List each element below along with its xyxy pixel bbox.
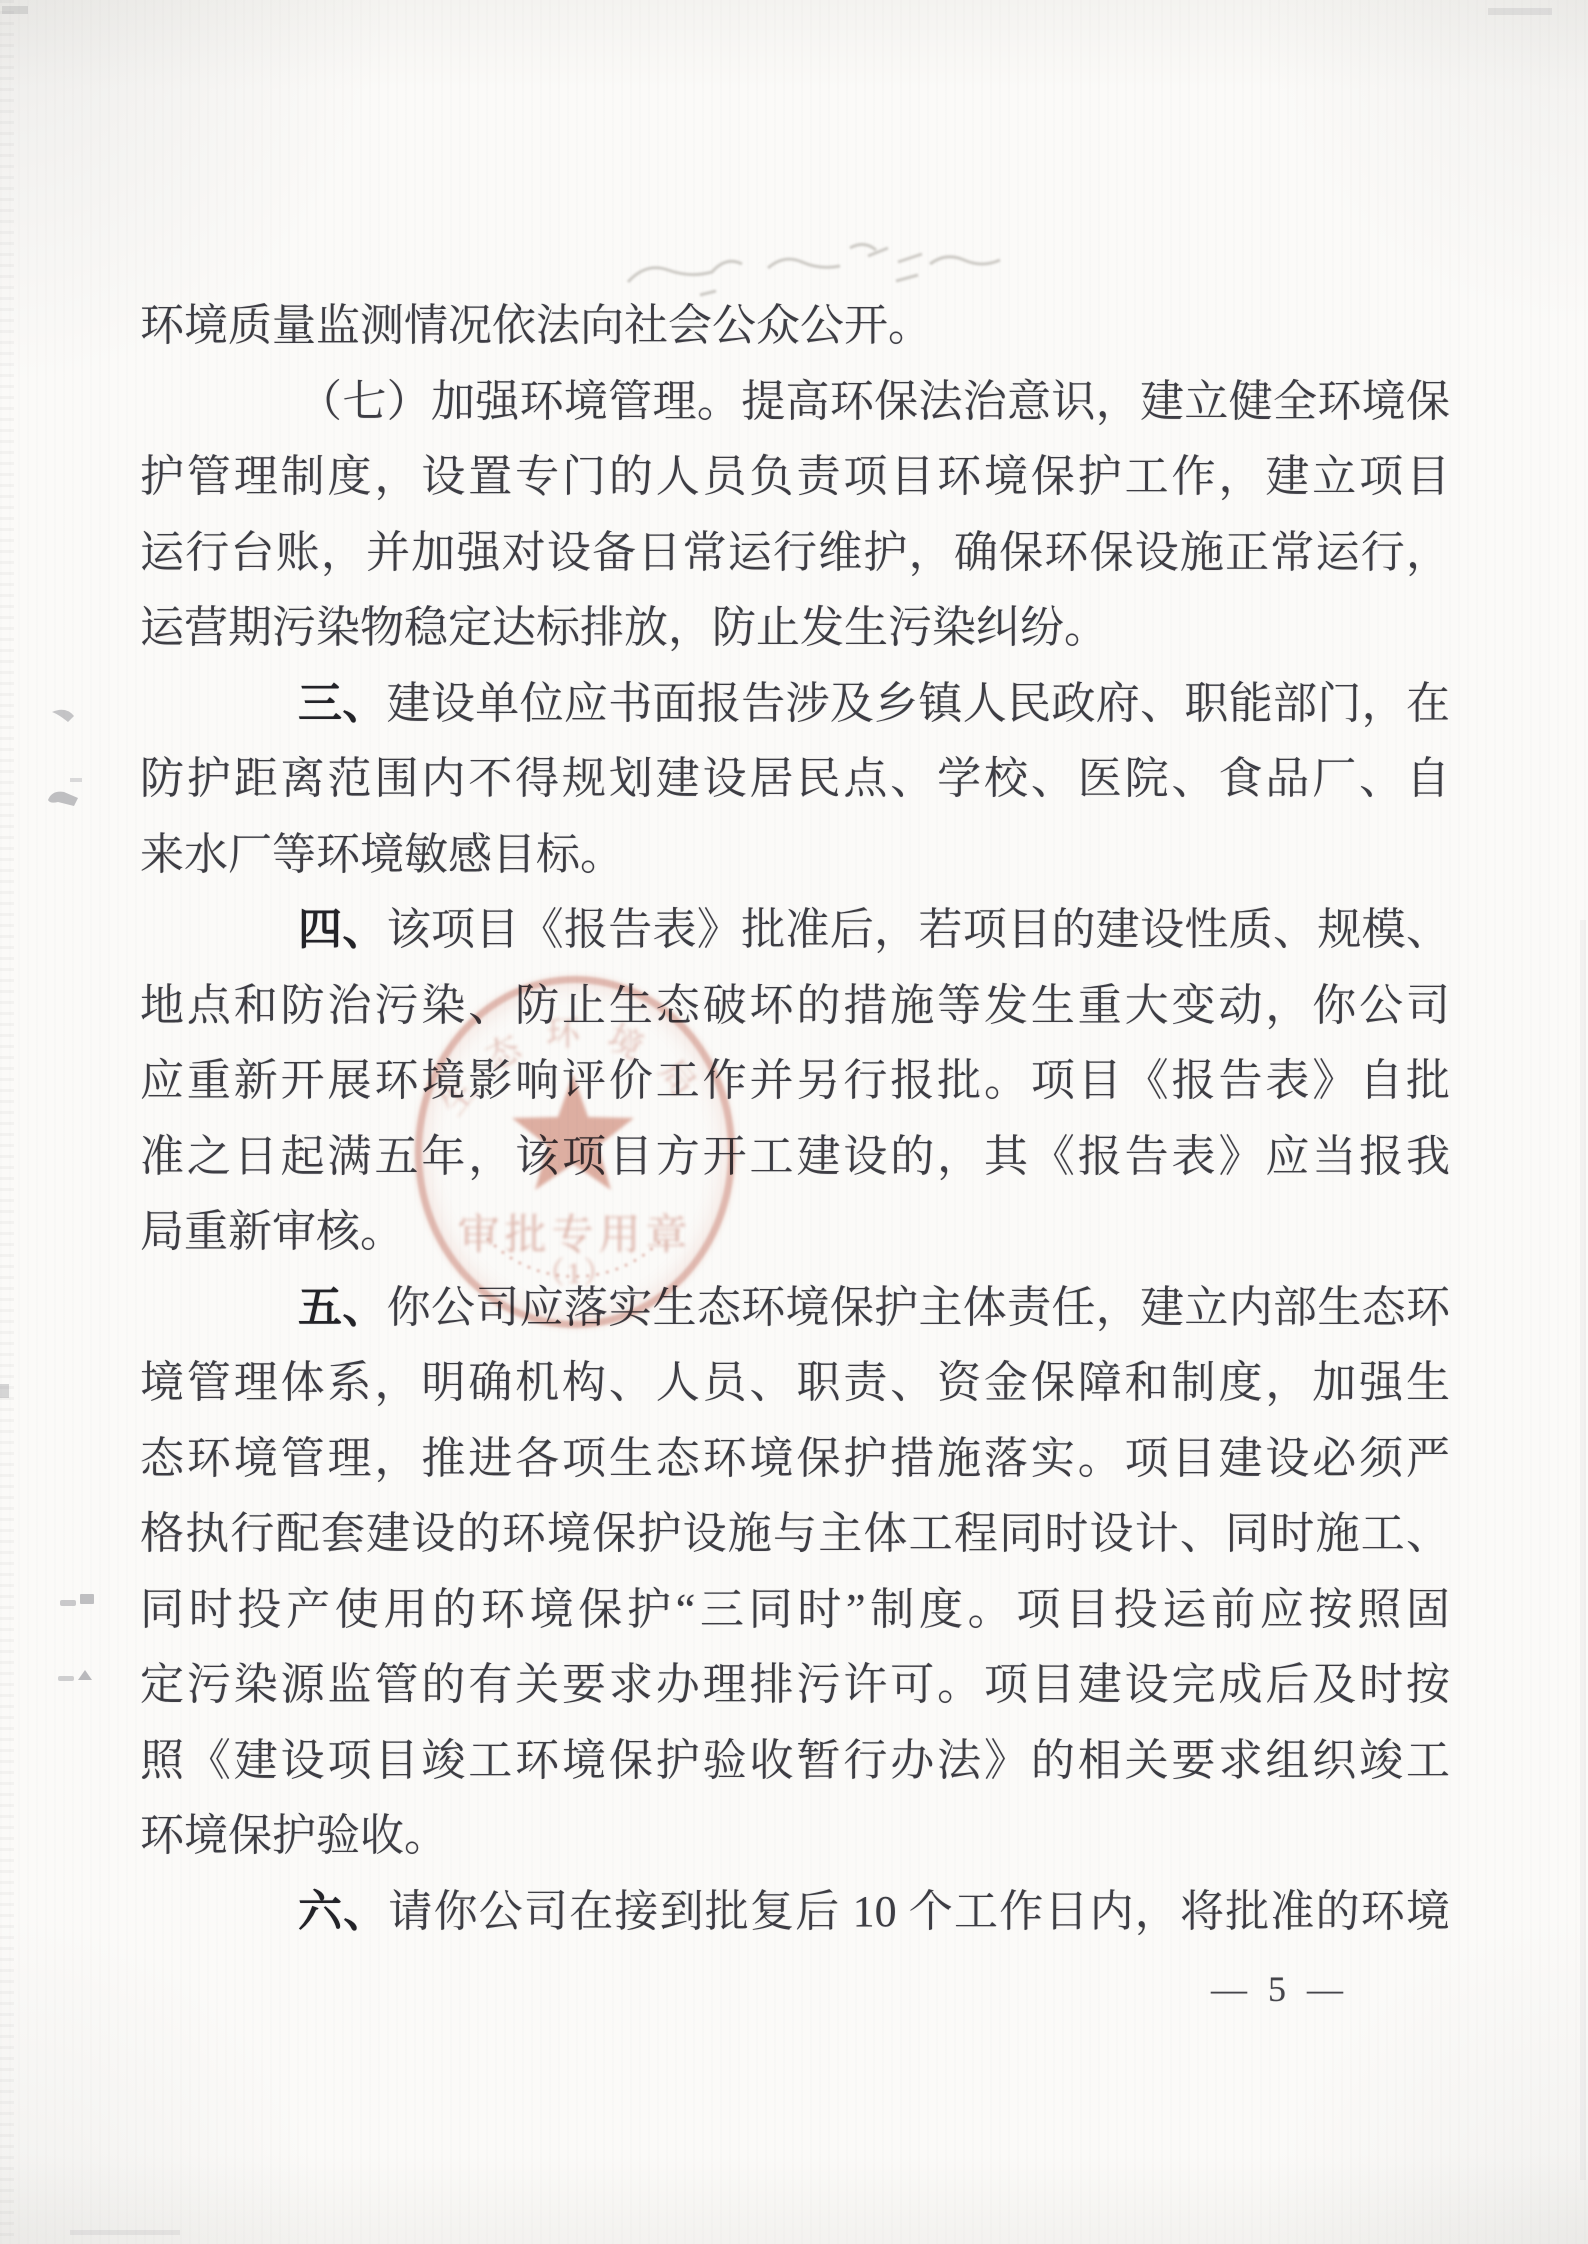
text-run: 地点和防治污染、防止生态破坏的措施等发生重大变动，你公司 [140, 981, 1450, 1030]
text-run: 建设单位应书面报告涉及乡镇人民政府、职能部门，在 [387, 679, 1450, 728]
text-line: 态环境管理，推进各项生态环境保护措施落实。项目建设必须严 [140, 1430, 1450, 1492]
text-line: 五、你公司应落实生态环境保护主体责任，建立内部生态环 [140, 1279, 1450, 1341]
text-line: 运营期污染物稳定达标排放，防止发生污染纠纷。 [140, 599, 1450, 661]
text-line: 准之日起满五年，该项目方开工建设的，其《报告表》应当报我 [140, 1128, 1450, 1190]
text-line: 同时投产使用的环境保护“三同时”制度。项目投运前应按照固 [140, 1581, 1450, 1643]
text-run: 你公司应落实生态环境保护主体责任，建立内部生态环 [387, 1283, 1450, 1332]
text-line: 定污染源监管的有关要求办理排污许可。项目建设完成后及时按 [140, 1656, 1450, 1718]
text-run: 同时投产使用的环境保护“三同时”制度。项目投运前应按照固 [140, 1585, 1450, 1634]
text-line: 六、请你公司在接到批复后 10 个工作日内，将批准的环境 [140, 1883, 1450, 1945]
text-run: 运行台账，并加强对设备日常运行维护，确保环保设施正常运行， [140, 528, 1450, 577]
pencil-scribble [628, 244, 1000, 295]
text-line: 运行台账，并加强对设备日常运行维护，确保环保设施正常运行， [140, 524, 1450, 586]
text-run: 请你公司在接到批复后 10 个工作日内，将批准的环境 [388, 1887, 1450, 1936]
text-run: 来水厂等环境敏感目标。 [140, 830, 624, 879]
document-body: 环境质量监测情况依法向社会公众公开。（七）加强环境管理。提高环保法治意识，建立健… [140, 297, 1450, 1977]
text-line: 三、建设单位应书面报告涉及乡镇人民政府、职能部门，在 [140, 675, 1450, 737]
text-run: 照《建设项目竣工环境保护验收暂行办法》的相关要求组织竣工 [140, 1736, 1450, 1785]
paragraph-lead: 三、 [298, 679, 387, 728]
text-run: （七）加强环境管理。提高环保法治意识，建立健全环境保 [298, 377, 1450, 426]
text-line: 地点和防治污染、防止生态破坏的措施等发生重大变动，你公司 [140, 977, 1450, 1039]
scan-edge-noise [0, 0, 14, 2244]
page-number: — 5 — [1150, 1968, 1410, 2010]
text-line: 环境质量监测情况依法向社会公众公开。 [140, 297, 1450, 359]
text-line: 四、该项目《报告表》批准后，若项目的建设性质、规模、 [140, 901, 1450, 963]
text-line: 格执行配套建设的环境保护设施与主体工程同时设计、同时施工、 [140, 1505, 1450, 1567]
text-line: 来水厂等环境敏感目标。 [140, 826, 1450, 888]
paragraph-lead: 五、 [298, 1283, 387, 1332]
text-line: （七）加强环境管理。提高环保法治意识，建立健全环境保 [140, 373, 1450, 435]
text-line: 环境保护验收。 [140, 1807, 1450, 1869]
text-run: 态环境管理，推进各项生态环境保护措施落实。项目建设必须严 [140, 1434, 1450, 1483]
text-run: 护管理制度，设置专门的人员负责项目环境保护工作，建立项目 [140, 452, 1450, 501]
text-run: 局重新审核。 [140, 1207, 404, 1256]
text-run: 运营期污染物稳定达标排放，防止发生污染纠纷。 [140, 603, 1108, 652]
paragraph-lead: 四、 [298, 905, 387, 954]
text-line: 照《建设项目竣工环境保护验收暂行办法》的相关要求组织竣工 [140, 1732, 1450, 1794]
paragraph-lead: 六、 [298, 1887, 388, 1936]
text-line: 局重新审核。 [140, 1203, 1450, 1265]
text-run: 该项目《报告表》批准后，若项目的建设性质、规模、 [387, 905, 1450, 954]
text-run: 境管理体系，明确机构、人员、职责、资金保障和制度，加强生 [140, 1358, 1450, 1407]
text-run: 格执行配套建设的环境保护设施与主体工程同时设计、同时施工、 [140, 1509, 1450, 1558]
text-run: 环境保护验收。 [140, 1811, 448, 1860]
text-run: 防护距离范围内不得规划建设居民点、学校、医院、食品厂、自 [140, 754, 1450, 803]
text-line: 护管理制度，设置专门的人员负责项目环境保护工作，建立项目 [140, 448, 1450, 510]
text-run: 环境质量监测情况依法向社会公众公开。 [140, 301, 932, 350]
text-run: 应重新开展环境影响评价工作并另行报批。项目《报告表》自批 [140, 1056, 1450, 1105]
text-line: 防护距离范围内不得规划建设居民点、学校、医院、食品厂、自 [140, 750, 1450, 812]
text-run: 定污染源监管的有关要求办理排污许可。项目建设完成后及时按 [140, 1660, 1450, 1709]
text-run: 准之日起满五年，该项目方开工建设的，其《报告表》应当报我 [140, 1132, 1450, 1181]
text-line: 境管理体系，明确机构、人员、职责、资金保障和制度，加强生 [140, 1354, 1450, 1416]
text-line: 应重新开展环境影响评价工作并另行报批。项目《报告表》自批 [140, 1052, 1450, 1114]
scanned-document-page: 环境质量监测情况依法向社会公众公开。（七）加强环境管理。提高环保法治意识，建立健… [0, 0, 1588, 2244]
